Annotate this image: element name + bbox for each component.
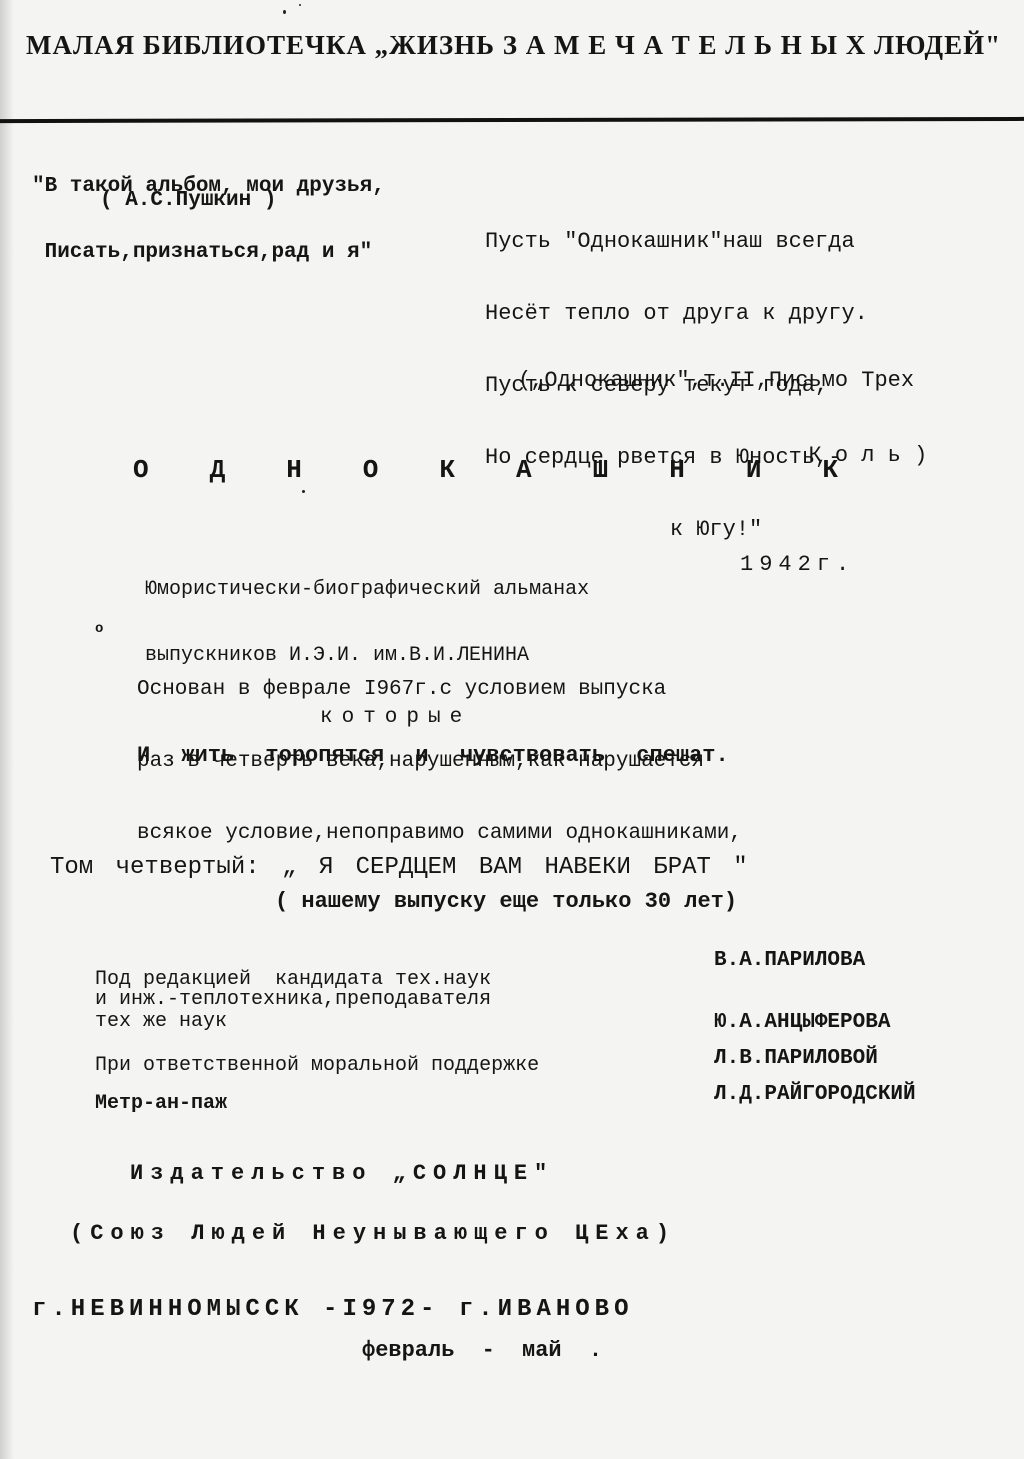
graduation-year: 1942г.	[740, 554, 855, 576]
credits-names: В.А.ПАРИЛОВА Ю.А.АНЦЫФЕРОВА Л.В.ПАРИЛОВО…	[714, 950, 739, 1055]
credit-role: и инж.-теплотехника,преподавателя	[95, 990, 491, 1010]
epigraph-pushkin-attribution: ( А.С.Пушкин )	[100, 190, 276, 211]
motto-line: И жить торопятся и чувствовать спешат.	[137, 745, 729, 767]
paper-speck	[299, 4, 301, 6]
header-rule	[0, 117, 1024, 123]
paper-speck	[302, 490, 305, 493]
credits-roles: Под редакцией кандидата тех.наук и инж.-…	[95, 970, 119, 1090]
publisher-name: Издательство „СОЛНЦЕ"	[130, 1163, 554, 1185]
epigraph-line: Пусть "Однокашник"наш всегда	[485, 230, 868, 254]
page-edge-shadow	[0, 0, 14, 1459]
credit-role: При ответственной моральной поддержке	[95, 1056, 539, 1076]
credit-role: Метр-ан-паж	[95, 1094, 227, 1114]
credit-name: Л.В.ПАРИЛОВОЙ	[714, 1048, 878, 1069]
credit-name: Л.Д.РАЙГОРОДСКИЙ	[714, 1084, 916, 1105]
founded-line: Основан в феврале I967г.с условием выпус…	[137, 678, 742, 702]
credit-name: Ю.А.АНЦЫФЕРОВА	[714, 1012, 890, 1033]
publisher-expansion: (Союз Людей Неунывающего ЦЕха)	[70, 1223, 676, 1245]
epigraph-line: Писать,признаться,рад и я"	[32, 242, 385, 264]
subtitle-line: Юмористически-биографический альманах	[145, 579, 589, 601]
volume-title: Том четвертый: „ Я СЕРДЦЕМ ВАМ НАВЕКИ БР…	[50, 856, 748, 880]
months-line: февраль - май .	[362, 1340, 602, 1362]
place-line: г.НЕВИННОМЫССК -I972- г.ИВАНОВО	[32, 1298, 633, 1322]
paper-speck	[283, 10, 286, 14]
credit-role: Под редакцией кандидата тех.наук	[95, 970, 491, 990]
almanac-title: ОДНОКАШНИК	[133, 457, 899, 483]
bullet-mark: o	[95, 622, 103, 636]
credit-role: тех же наук	[95, 1012, 227, 1032]
attribution-line: („Однокашник",т.II,Письмо Трех	[518, 368, 927, 393]
founded-which: которые	[320, 707, 471, 728]
founded-line: всякое условие,непоправимо самими однока…	[137, 822, 742, 846]
credit-name: В.А.ПАРИЛОВА	[714, 950, 865, 971]
series-header: МАЛАЯ БИБЛИОТЕЧКА „ЖИЗНЬ З А М Е Ч А Т Е…	[26, 32, 1001, 59]
volume-subtitle: ( нашему выпуску еще только 30 лет)	[275, 891, 737, 913]
